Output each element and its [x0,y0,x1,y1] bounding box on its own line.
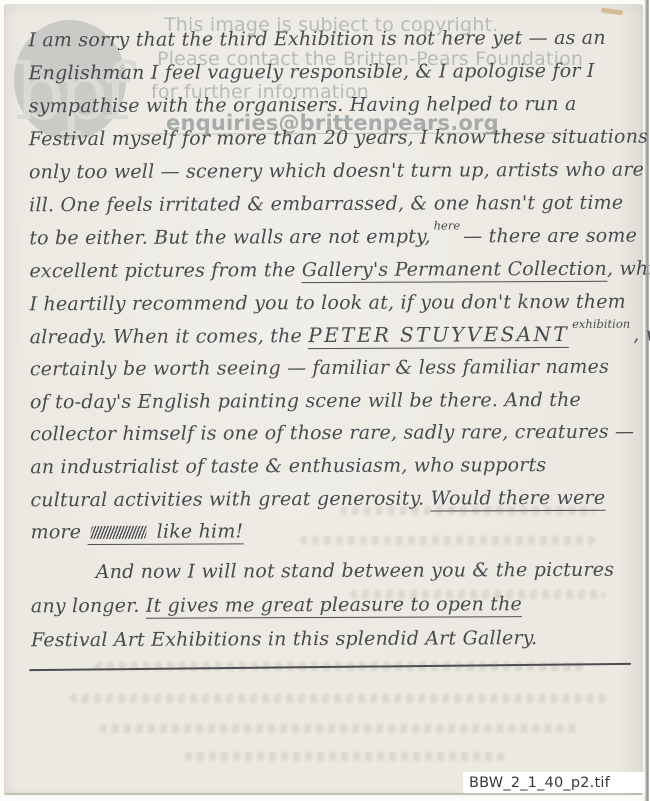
handwriting-text: Englishman I feel vaguely responsible, &… [29,60,595,84]
scribbled-out-word [89,526,148,539]
manuscript-line: already. When it comes, the PETER STUYVE… [30,321,650,348]
manuscript-line: an industrialist of taste & enthusiasm, … [30,454,546,478]
manuscript-line: more like him! [31,520,244,543]
handwriting-text: I am sorry that the third Exhibition is … [28,27,605,52]
handwriting-text: sympathise with the organisers. Having h… [29,93,577,117]
handwriting-text: only too well — scenery which doesn't tu… [29,159,644,184]
inserted-word: exhibition [572,317,630,331]
manuscript-line: sympathise with the organisers. Having h… [29,93,577,117]
manuscript-line: Festival Art Exhibitions in this splendi… [31,627,537,651]
handwriting-text: collector himself is one of those rare, … [30,421,634,446]
manuscript-line: only too well — scenery which doesn't tu… [29,159,644,184]
manuscript-line: I am sorry that the third Exhibition is … [28,27,605,52]
filename-label: BBW_2_1_40_p2.tif [463,775,610,791]
manuscript-line: And now I will not stand between you & t… [96,559,614,583]
handwriting-text: already. When it comes, the [30,325,309,348]
handwriting-text: more [31,521,88,543]
show-through-mark [70,694,610,703]
manuscript-line: excellent pictures from the Gallery's Pe… [29,257,650,282]
manuscript-line: certainly be worth seeing — familiar & l… [30,356,609,381]
manuscript-line: ill. One feels irritated & embarrassed, … [29,192,623,217]
handwriting-text: of to-day's English painting scene will … [30,389,581,413]
inserted-word: here [434,218,461,232]
handwriting-text: excellent pictures from the [29,259,301,282]
handwriting-text: Festival myself for more than 20 years, … [29,126,648,151]
underlined-phrase: Gallery's Permanent Collection [302,258,607,283]
handwritten-text-block: I am sorry that the third Exhibition is … [0,0,650,801]
handwriting-text: an industrialist of taste & enthusiasm, … [30,454,546,478]
handwriting-text: And now I will not stand between you & t… [96,559,614,583]
scanned-manuscript-page: bpf This image is subject to copyright. … [0,0,650,801]
handwriting-text: Festival Art Exhibitions in this splendi… [31,627,537,651]
show-through-mark [300,536,595,545]
show-through-mark [185,752,505,761]
handwriting-text: certainly be worth seeing — familiar & l… [30,356,609,381]
handwriting-text: , will [633,323,650,345]
manuscript-line: I heartilly recommend you to look at, if… [30,291,626,316]
handwriting-text: like him! [150,520,243,542]
handwriting-text: — there are some [463,225,637,248]
manuscript-line: Festival myself for more than 20 years, … [29,126,648,151]
handwriting-text: any longer. [31,595,146,618]
underlined-phrase: PETER STUYVESANT [308,322,569,349]
show-through-mark [350,590,605,599]
manuscript-line: to be either. But the walls are not empt… [29,225,637,250]
filename-strip: BBW_2_1_40_p2.tif [463,772,645,793]
show-through-mark [95,662,585,671]
manuscript-line: Englishman I feel vaguely responsible, &… [29,60,595,84]
show-through-mark [340,506,595,515]
show-through-mark [100,724,580,733]
handwriting-text: ill. One feels irritated & embarrassed, … [29,192,623,217]
manuscript-line: of to-day's English painting scene will … [30,389,581,413]
handwriting-text: to be either. But the walls are not empt… [29,226,430,250]
manuscript-line: collector himself is one of those rare, … [30,421,634,446]
handwriting-text: I heartilly recommend you to look at, if… [30,291,626,316]
underlined-phrase: like him! [87,520,243,545]
handwriting-text: , which [607,257,650,279]
